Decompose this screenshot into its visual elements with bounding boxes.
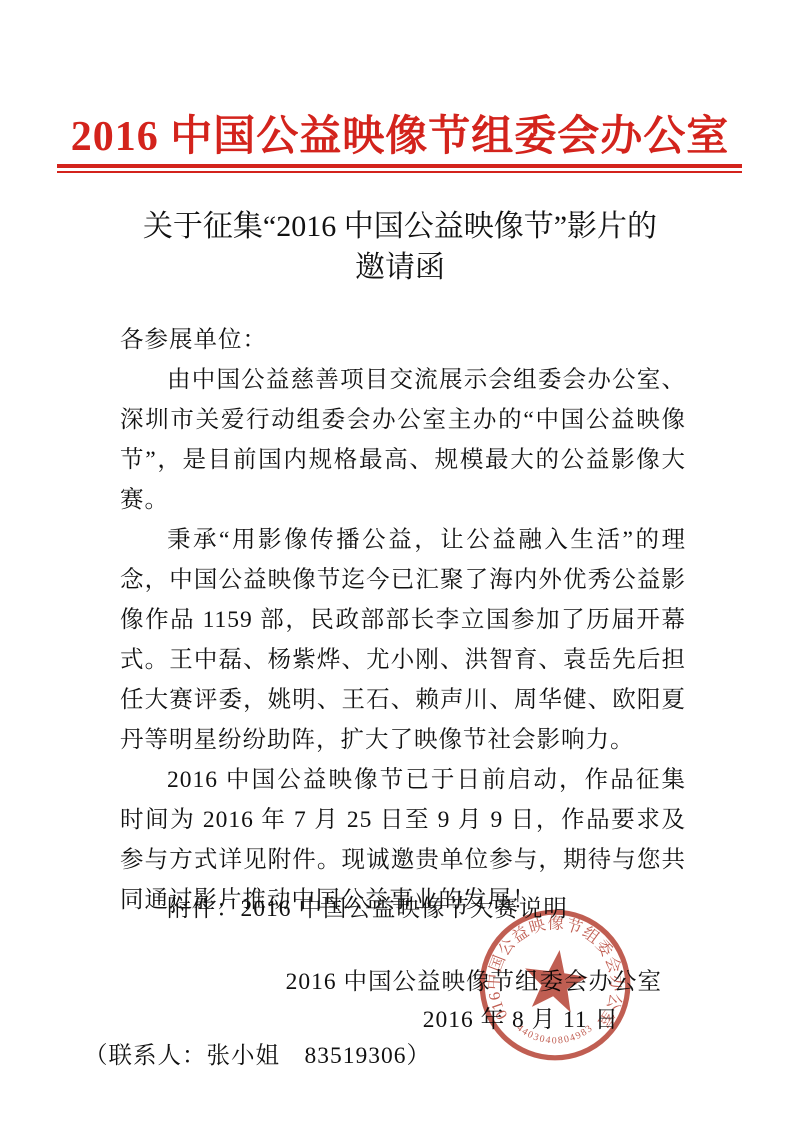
document-title: 关于征集“2016 中国公益映像节”影片的 邀请函 bbox=[60, 206, 740, 288]
salutation: 各参展单位： bbox=[120, 320, 686, 360]
document-title-line2: 邀请函 bbox=[355, 251, 445, 284]
paragraph-1: 由中国公益慈善项目交流展示会组委会办公室、深圳市关爱行动组委会办公室主办的“中国… bbox=[120, 360, 686, 520]
official-seal: 2016中国公益映像节组委会办公室 4403040804983 bbox=[477, 907, 633, 1063]
seal-serial-number: 4403040804983 bbox=[514, 1022, 595, 1046]
letterhead-rule-thick bbox=[57, 164, 742, 168]
document-page: 2016 中国公益映像节组委会办公室 关于征集“2016 中国公益映像节”影片的… bbox=[0, 0, 800, 1131]
letter-body: 各参展单位： 由中国公益慈善项目交流展示会组委会办公室、深圳市关爱行动组委会办公… bbox=[120, 320, 686, 920]
seal-star bbox=[520, 946, 591, 1014]
paragraph-2: 秉承“用影像传播公益，让公益融入生活”的理念，中国公益映像节迄今已汇聚了海内外优… bbox=[120, 520, 686, 760]
contact-info: （联系人：张小姐 83519306） bbox=[84, 1036, 431, 1070]
letterhead-title: 2016 中国公益映像节组委会办公室 bbox=[0, 103, 800, 163]
document-title-line1: 关于征集“2016 中国公益映像节”影片的 bbox=[143, 210, 657, 243]
letterhead-rule-thin bbox=[57, 171, 742, 173]
